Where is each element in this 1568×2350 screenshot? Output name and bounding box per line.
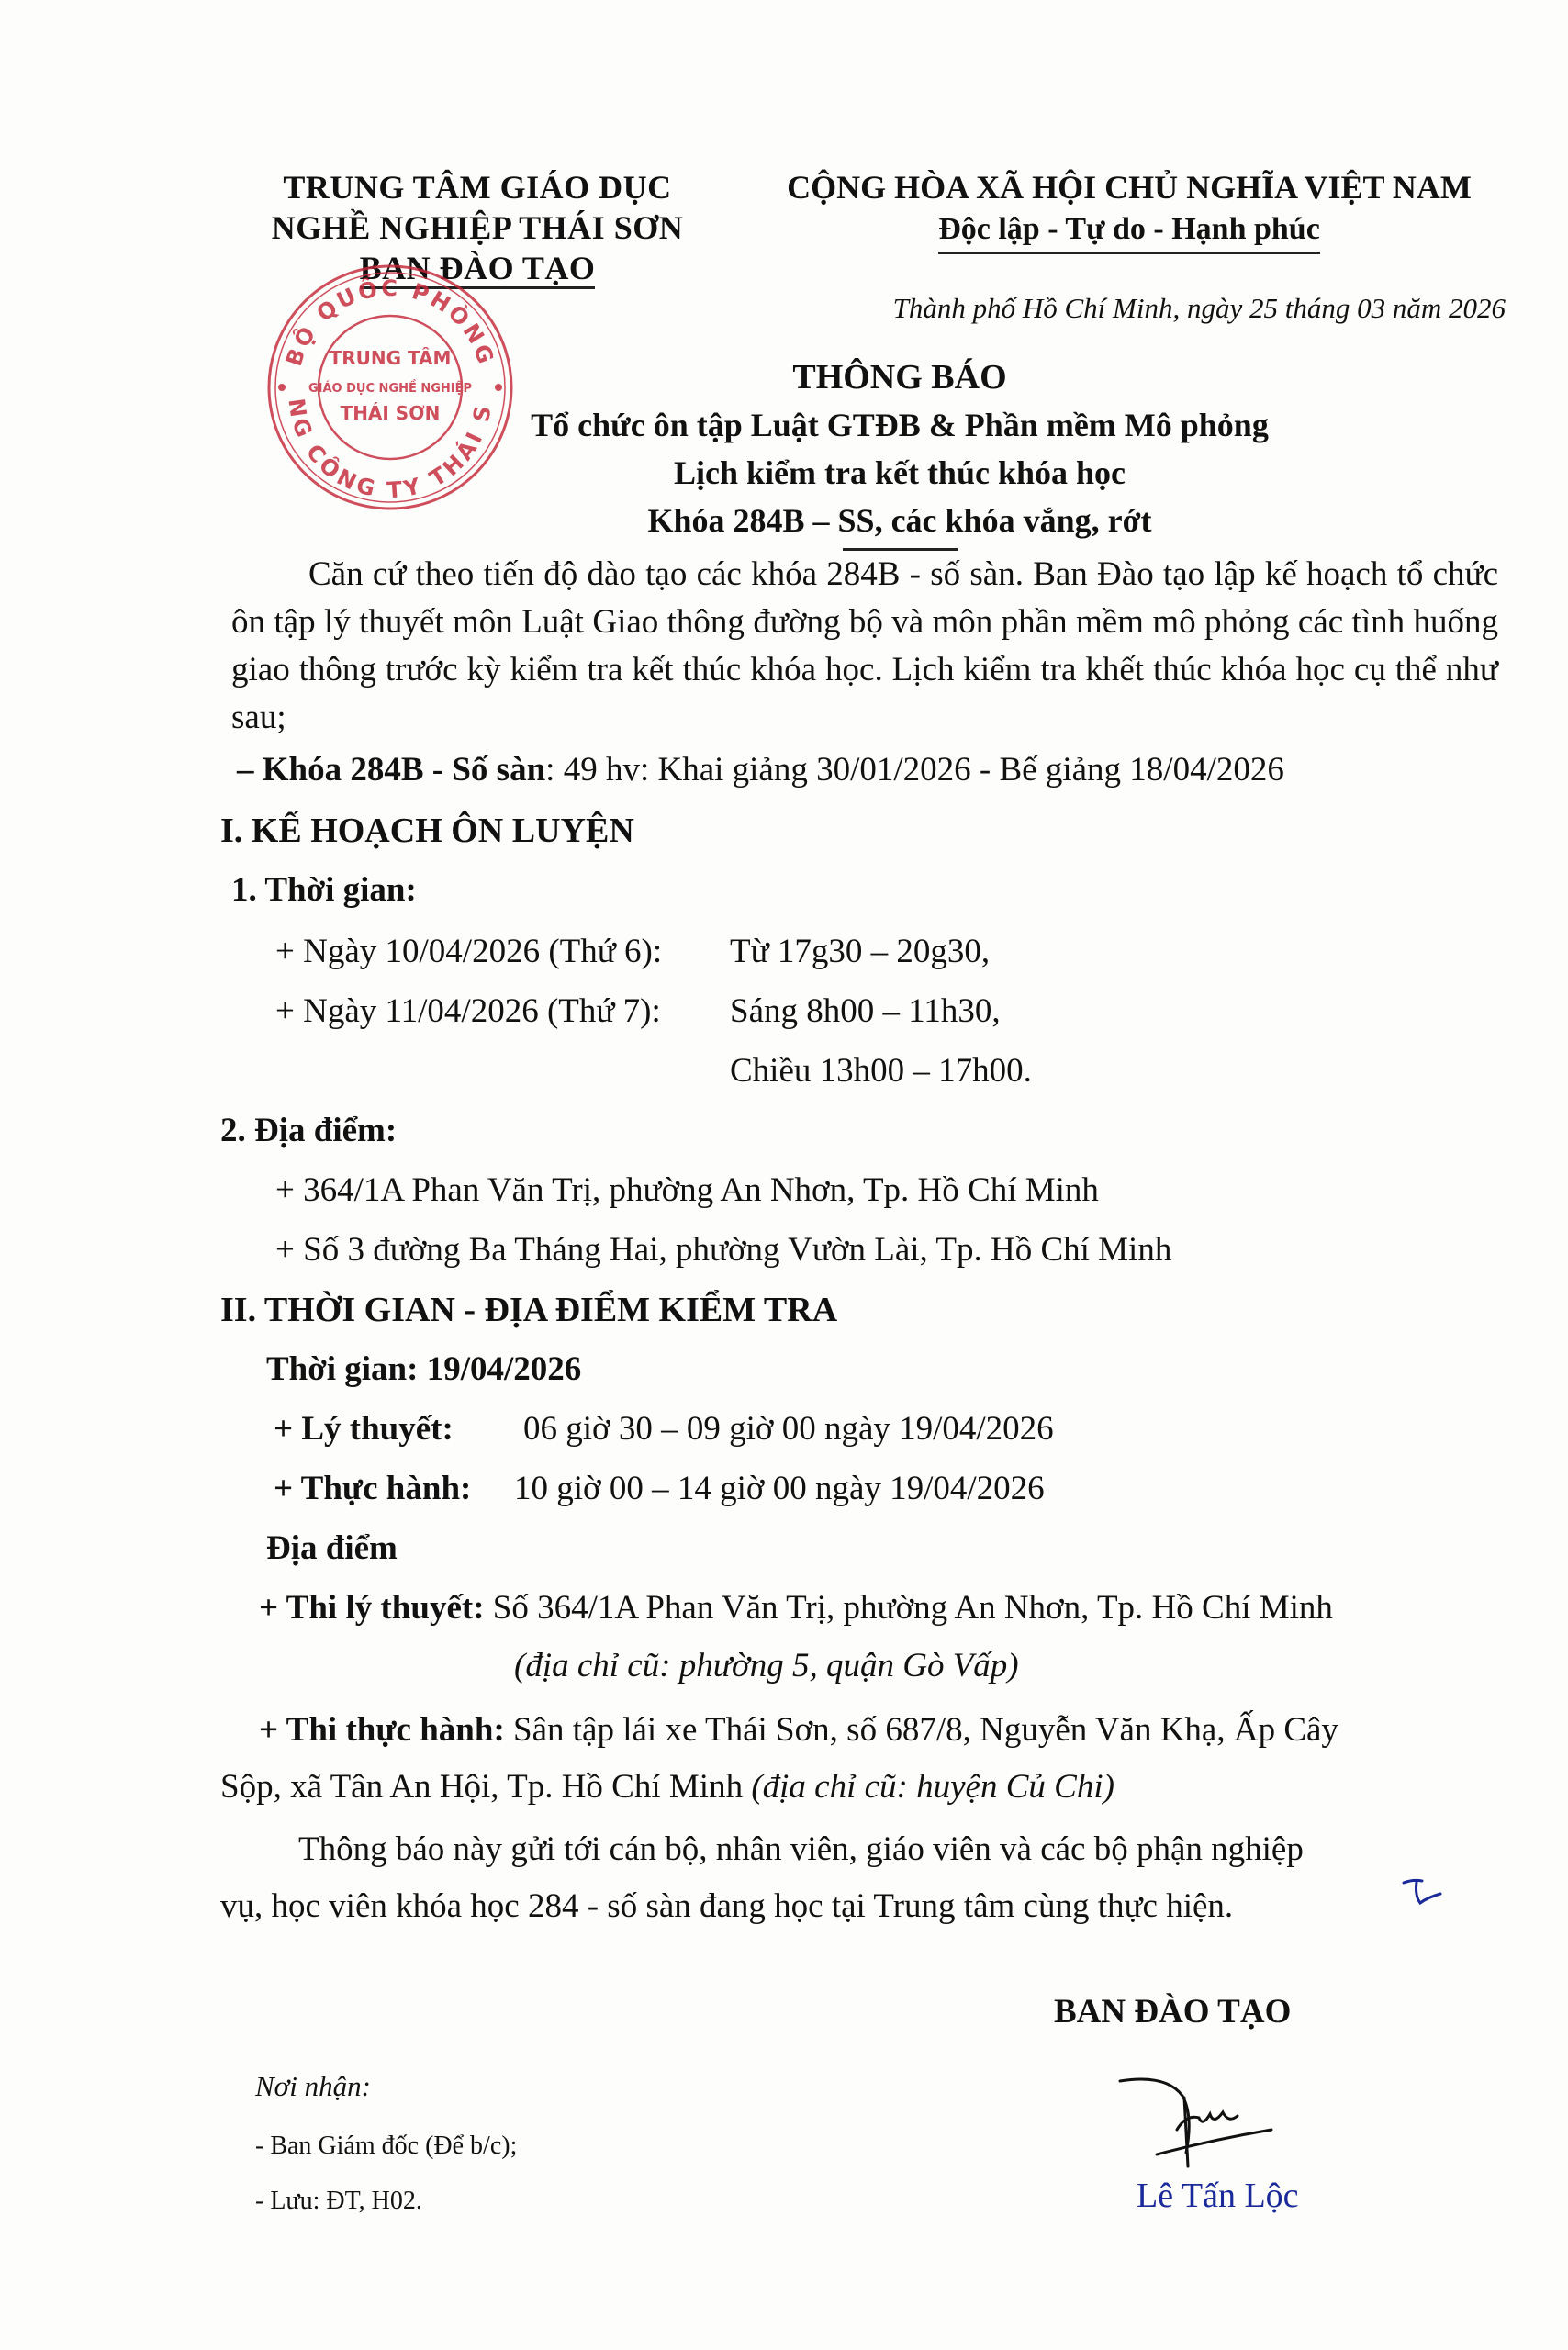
signatory-name: Lê Tấn Lộc bbox=[1137, 2176, 1299, 2216]
signatory-title: BAN ĐÀO TẠO bbox=[1054, 1992, 1291, 2031]
initial-mark-icon bbox=[1400, 1875, 1446, 1908]
schedule-row: + Ngày 10/04/2026 (Thứ 6):Từ 17g30 – 20g… bbox=[275, 929, 990, 975]
time-heading: 1. Thời gian: bbox=[231, 867, 417, 913]
notice-subject-line3: Khóa 284B – SS, các khóa vắng, rớt bbox=[395, 497, 1405, 544]
exam-theory-time: + Lý thuyết:06 giờ 30 – 09 giờ 00 ngày 1… bbox=[274, 1406, 1054, 1452]
section-1-heading: I. KẾ HOẠCH ÔN LUYỆN bbox=[220, 808, 634, 854]
recipients-title: Nơi nhận: bbox=[255, 2070, 371, 2103]
intro-paragraph: Căn cứ theo tiến độ dào tạo các khóa 284… bbox=[231, 551, 1498, 742]
exam-practice-time: + Thực hành:10 giờ 00 – 14 giờ 00 ngày 1… bbox=[274, 1466, 1045, 1512]
org-name-line1: TRUNG TÂM GIÁO DỤC bbox=[220, 167, 734, 207]
signature-icon bbox=[1111, 2070, 1294, 2171]
course-info: – Khóa 284B - Số sàn: 49 hv: Khai giảng … bbox=[237, 747, 1284, 793]
org-name-line2: NGHỀ NGHIỆP THÁI SƠN bbox=[220, 207, 734, 248]
notice-subject-line1: Tổ chức ôn tập Luật GTĐB & Phần mềm Mô p… bbox=[395, 401, 1405, 449]
place-item: + Số 3 đường Ba Tháng Hai, phường Vườn L… bbox=[275, 1227, 1171, 1273]
closing-line1: Thông báo này gửi tới cán bộ, nhân viên,… bbox=[298, 1827, 1304, 1873]
section-2-heading: II. THỜI GIAN - ĐỊA ĐIỂM KIỂM TRA bbox=[220, 1287, 837, 1333]
recipient-item: - Ban Giám đốc (Để b/c); bbox=[255, 2132, 517, 2161]
nation-name: CỘNG HÒA XÃ HỘI CHỦ NGHĨA VIỆT NAM bbox=[744, 167, 1515, 207]
course-label: Khóa 284B - Số sàn bbox=[263, 751, 545, 789]
notice-subject-line2: Lịch kiểm tra kết thúc khóa học bbox=[395, 449, 1405, 497]
exam-date: Thời gian: 19/04/2026 bbox=[266, 1347, 581, 1393]
exam-place-heading: Địa điểm bbox=[266, 1526, 398, 1572]
dateline: Thành phố Hồ Chí Minh, ngày 25 tháng 03 … bbox=[734, 292, 1506, 325]
notice-heading: THÔNG BÁO bbox=[395, 353, 1405, 401]
schedule-row: Chiều 13h00 – 17h00. bbox=[275, 1048, 1032, 1094]
place-item: + 364/1A Phan Văn Trị, phường An Nhơn, T… bbox=[275, 1168, 1099, 1214]
exam-theory-place: + Thi lý thuyết: Số 364/1A Phan Văn Trị,… bbox=[259, 1585, 1333, 1631]
exam-practice-place: + Thi thực hành: Sân tập lái xe Thái Sơn… bbox=[259, 1707, 1338, 1753]
notice-title-block: THÔNG BÁO Tổ chức ôn tập Luật GTĐB & Phầ… bbox=[395, 353, 1405, 551]
closing-line2: vụ, học viên khóa học 284 - số sàn đang … bbox=[220, 1884, 1233, 1930]
schedule-row: + Ngày 11/04/2026 (Thứ 7):Sáng 8h00 – 11… bbox=[275, 989, 1001, 1035]
exam-practice-place-cont: Sộp, xã Tân An Hội, Tp. Hồ Chí Minh (địa… bbox=[220, 1764, 1114, 1810]
place-heading: 2. Địa điểm: bbox=[220, 1108, 397, 1154]
course-detail: : 49 hv: Khai giảng 30/01/2026 - Bế giản… bbox=[545, 751, 1284, 789]
recipient-item: - Lưu: ĐT, H02. bbox=[255, 2187, 422, 2216]
exam-theory-old-address: (địa chỉ cũ: phường 5, quận Gò Vấp) bbox=[514, 1643, 1019, 1689]
national-header: CỘNG HÒA XÃ HỘI CHỦ NGHĨA VIỆT NAM Độc l… bbox=[744, 167, 1515, 254]
national-motto: Độc lập - Tự do - Hạnh phúc bbox=[938, 209, 1320, 254]
